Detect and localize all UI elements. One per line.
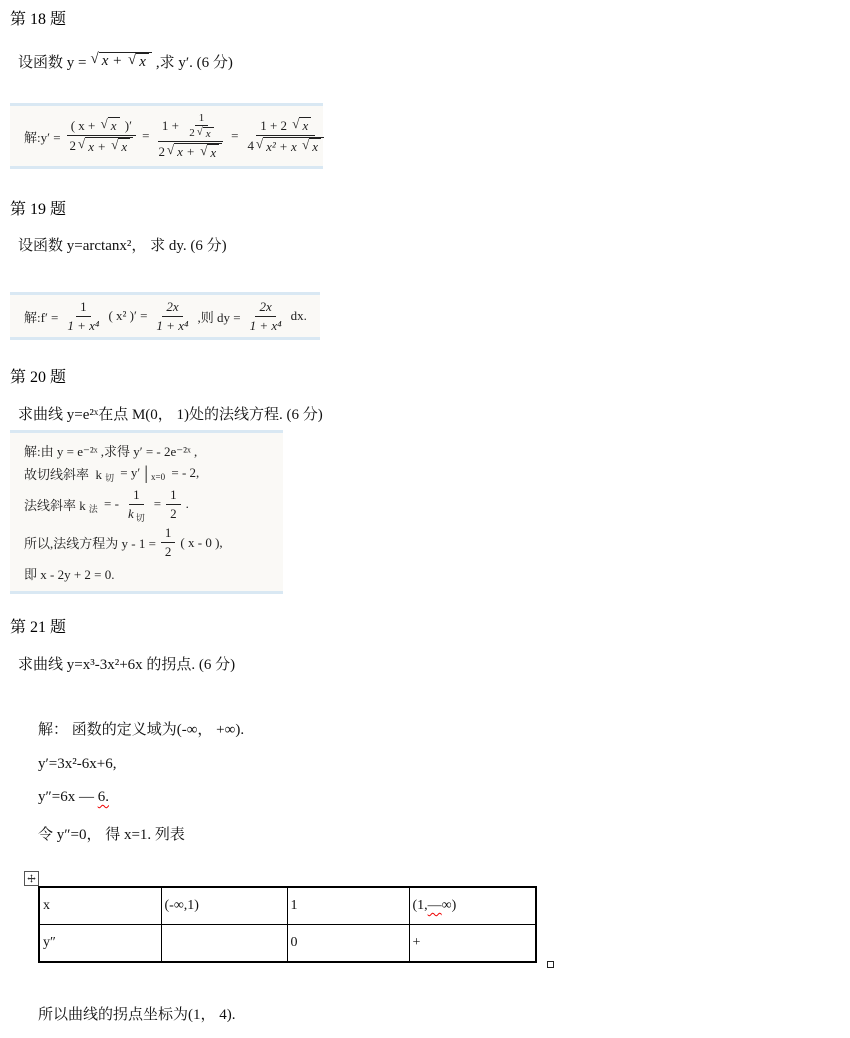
- fraction-denominator: 2√x: [185, 126, 217, 140]
- solution-21-line-set-zero: 令 y″=0， 得 x=1. 列表: [38, 823, 185, 844]
- math-text: x +: [177, 144, 198, 160]
- math-text: .: [186, 496, 189, 512]
- formula-line: 即 x - 2y + 2 = 0.: [24, 564, 115, 583]
- subscript: x=0: [151, 472, 165, 482]
- equals-sign: =: [142, 128, 149, 144]
- radicand: x: [136, 53, 149, 71]
- fraction-numerator: 1: [129, 487, 144, 505]
- sqrt-expression: √x + √x: [90, 52, 151, 71]
- problem-19-heading: 第 19 题: [10, 196, 66, 219]
- solution-label: 解:y′ =: [24, 127, 61, 146]
- radicand: x: [309, 138, 321, 155]
- fraction-numerator: 1 + 2 √x: [256, 117, 315, 136]
- solution-21-line-second-derivative: y″=6x — 6.: [38, 789, 109, 806]
- radical-sign: √: [167, 143, 174, 157]
- fraction: 11 + x⁴: [63, 299, 103, 334]
- subscript: 法: [89, 502, 98, 515]
- fraction-denominator: k切: [124, 505, 149, 522]
- solution-label: 解:f′ =: [24, 307, 58, 326]
- fraction: 2x1 + x⁴: [246, 299, 286, 334]
- radical-sign: √: [302, 138, 309, 152]
- fraction-denominator: 2√x + √x: [155, 142, 227, 161]
- statement-text: 求曲线 y=x³-3x²+6x 的拐点. (6 分): [18, 653, 235, 674]
- solution-21-line-first-derivative: y′=3x²-6x+6,: [38, 756, 116, 773]
- table-cell[interactable]: 0: [287, 925, 409, 963]
- solution-image-18: 解:y′ = ( x + √x )′ 2√x + √x = 1 + 12√x 2…: [10, 103, 323, 169]
- subscript: 切: [105, 471, 114, 484]
- solution-text: 所以曲线的拐点坐标为(1， 4).: [38, 1003, 236, 1024]
- subscript: 切: [136, 511, 145, 524]
- equals-sign: =: [154, 496, 161, 512]
- radical-sign: √: [292, 117, 299, 131]
- sqrt-expression: √x: [197, 127, 214, 140]
- statement-text: 求曲线 y=e²ˣ在点 M(0， 1)处的法线方程. (6 分): [18, 403, 323, 424]
- math-text: 解:由 y = e⁻²ˣ ,求得 y′ = - 2e⁻²ˣ ,: [24, 441, 197, 460]
- problem-20-heading: 第 20 题: [10, 364, 66, 387]
- table-cell[interactable]: (1,—∞): [409, 887, 536, 925]
- math-text: x² + x: [266, 139, 300, 155]
- formula-line: 解:f′ = 11 + x⁴ ( x² )′ = 2x1 + x⁴ ,则 dy …: [24, 299, 307, 334]
- table-resize-handle[interactable]: [547, 961, 554, 968]
- radical-sign: √: [78, 137, 85, 151]
- radicand: x + √x: [99, 52, 152, 71]
- fraction: 12: [161, 525, 176, 560]
- cell-text: ∞): [442, 898, 457, 913]
- table-move-handle[interactable]: [24, 871, 39, 886]
- formula-line: 法线斜率 k法 = - 1k切 = 12 .: [24, 487, 189, 522]
- sqrt-expression: √x: [302, 138, 321, 155]
- fraction-numerator: 1: [161, 525, 176, 543]
- radicand: x: [207, 144, 219, 161]
- math-text: 2: [159, 144, 166, 160]
- sqrt-expression: √x: [292, 117, 311, 134]
- document-page: 第 18 题 设函数 y = √x + √x ,求 y′. (6 分) 解:y′…: [0, 0, 850, 1038]
- fraction-numerator: 2x: [162, 299, 182, 317]
- math-text: x +: [88, 139, 109, 155]
- fraction-denominator: 2: [166, 505, 181, 522]
- math-text: ( x² )′ =: [108, 308, 147, 324]
- spellcheck-underlined-text: 6.: [98, 789, 109, 806]
- radical-sign: √: [90, 52, 98, 68]
- math-text: )′: [122, 118, 132, 134]
- nested-fraction: 12√x: [185, 112, 217, 140]
- math-text: 法线斜率 k: [24, 495, 86, 514]
- fraction: 1 + 12√x 2√x + √x: [155, 112, 227, 161]
- math-text: ( x +: [71, 118, 99, 134]
- math-text: 1 + 2: [260, 118, 290, 134]
- fraction-numerator: 1: [195, 112, 209, 126]
- math-text: ( x - 0 ),: [180, 535, 222, 551]
- math-text: 2: [70, 138, 77, 154]
- fraction-denominator: 4√x² + x √x: [243, 136, 328, 155]
- table-row-x: x (-∞,1) 1 (1,—∞): [39, 887, 536, 925]
- evaluation-bar: |: [144, 464, 148, 483]
- formula-line: 解:由 y = e⁻²ˣ ,求得 y′ = - 2e⁻²ˣ ,: [24, 441, 197, 460]
- solution-image-20: 解:由 y = e⁻²ˣ ,求得 y′ = - 2e⁻²ˣ , 故切线斜率 k切…: [10, 430, 283, 594]
- inflection-table: x (-∞,1) 1 (1,—∞) y″ 0 +: [38, 886, 537, 963]
- math-text: k: [128, 506, 134, 522]
- solution-text: 解： 函数的定义域为(-∞， +∞).: [38, 718, 244, 739]
- radical-sign: √: [101, 117, 108, 131]
- radicand: x: [108, 117, 120, 134]
- fraction: 2x1 + x⁴: [152, 299, 192, 334]
- radicand: x + √x: [85, 137, 133, 155]
- sqrt-expression: √x + √x: [78, 137, 133, 155]
- statement-text: ,求 y′. (6 分): [156, 51, 233, 72]
- radical-sign: √: [200, 144, 207, 158]
- fraction-numerator: 1: [76, 299, 91, 317]
- table-cell[interactable]: 1: [287, 887, 409, 925]
- radical-sign: √: [128, 53, 136, 69]
- sqrt-expression: √x: [101, 117, 120, 134]
- radicand: x + √x: [174, 143, 222, 161]
- formula-line: 故切线斜率 k切 = y′|x=0 = - 2,: [24, 464, 199, 483]
- sqrt-expression: √x: [128, 53, 149, 71]
- problem-20-statement: 求曲线 y=e²ˣ在点 M(0， 1)处的法线方程. (6 分): [18, 403, 323, 424]
- math-text: = - 2,: [168, 465, 199, 481]
- sqrt-expression: √x + √x: [167, 143, 222, 161]
- radicand: x: [118, 138, 130, 155]
- radicand: x² + x √x: [263, 137, 324, 155]
- formula-line: 解:y′ = ( x + √x )′ 2√x + √x = 1 + 12√x 2…: [24, 112, 330, 161]
- spellcheck-underlined-text: —: [428, 898, 442, 913]
- fraction-numerator: 1: [166, 487, 181, 505]
- math-text: ,则 dy =: [197, 307, 240, 326]
- radical-sign: √: [111, 138, 118, 152]
- table-row-y2: y″ 0 +: [39, 925, 536, 963]
- statement-text: 设函数 y =: [18, 51, 86, 72]
- fraction: 12: [166, 487, 181, 522]
- move-arrows-icon: [27, 874, 36, 883]
- problem-21-heading: 第 21 题: [10, 614, 66, 637]
- fraction-numerator: 2x: [255, 299, 275, 317]
- fraction-numerator: ( x + √x )′: [67, 117, 136, 136]
- math-text: = -: [101, 496, 119, 512]
- fraction-numerator: 1 + 12√x: [158, 112, 223, 142]
- math-text: 2: [189, 127, 195, 139]
- solution-image-19: 解:f′ = 11 + x⁴ ( x² )′ = 2x1 + x⁴ ,则 dy …: [10, 292, 320, 340]
- problem-19-statement: 设函数 y=arctanx²， 求 dy. (6 分): [18, 234, 227, 255]
- fraction-denominator: 1 + x⁴: [63, 317, 103, 334]
- table-cell[interactable]: (-∞,1): [161, 887, 287, 925]
- math-text: x +: [102, 53, 126, 70]
- math-text: 即 x - 2y + 2 = 0.: [24, 564, 115, 583]
- fraction-denominator: 2√x + √x: [66, 136, 138, 155]
- table-cell[interactable]: [161, 925, 287, 963]
- problem-18-heading: 第 18 题: [10, 6, 66, 29]
- solution-text: 令 y″=0， 得 x=1. 列表: [38, 823, 185, 844]
- math-text: 1 +: [162, 118, 182, 134]
- table-cell[interactable]: x: [39, 887, 161, 925]
- fraction: 1k切: [124, 487, 149, 522]
- sqrt-expression: √x: [200, 144, 219, 161]
- fraction-denominator: 1 + x⁴: [152, 317, 192, 334]
- radicand: x: [203, 127, 214, 140]
- table-cell[interactable]: +: [409, 925, 536, 963]
- math-text: 4: [247, 138, 254, 154]
- fraction-denominator: 1 + x⁴: [246, 317, 286, 334]
- fraction-denominator: 2: [161, 543, 176, 560]
- solution-text: y″=6x —: [38, 789, 98, 806]
- table-cell[interactable]: y″: [39, 925, 161, 963]
- math-text: 故切线斜率 k: [24, 464, 102, 483]
- problem-18-statement: 设函数 y = √x + √x ,求 y′. (6 分): [18, 44, 233, 78]
- solution-21-conclusion: 所以曲线的拐点坐标为(1， 4).: [38, 1003, 236, 1024]
- fraction: ( x + √x )′ 2√x + √x: [66, 117, 138, 155]
- solution-text: y′=3x²-6x+6,: [38, 756, 116, 773]
- cell-text: (1,: [413, 898, 428, 913]
- statement-text: 设函数 y=arctanx²， 求 dy. (6 分): [18, 234, 227, 255]
- formula-line: 所以,法线方程为 y - 1 = 12 ( x - 0 ),: [24, 525, 223, 560]
- radical-sign: √: [256, 137, 263, 151]
- radicand: x: [299, 117, 311, 134]
- problem-21-statement: 求曲线 y=x³-3x²+6x 的拐点. (6 分): [18, 653, 235, 674]
- solution-21-line-domain: 解： 函数的定义域为(-∞， +∞).: [38, 718, 244, 739]
- math-text: dx.: [291, 308, 307, 324]
- fraction: 1 + 2 √x 4√x² + x √x: [243, 117, 328, 155]
- sqrt-expression: √x: [111, 138, 130, 155]
- sqrt-expression: √x² + x √x: [256, 137, 324, 155]
- equals-sign: =: [231, 128, 238, 144]
- math-text: 所以,法线方程为 y - 1 =: [24, 533, 156, 552]
- math-text: = y′: [117, 465, 140, 481]
